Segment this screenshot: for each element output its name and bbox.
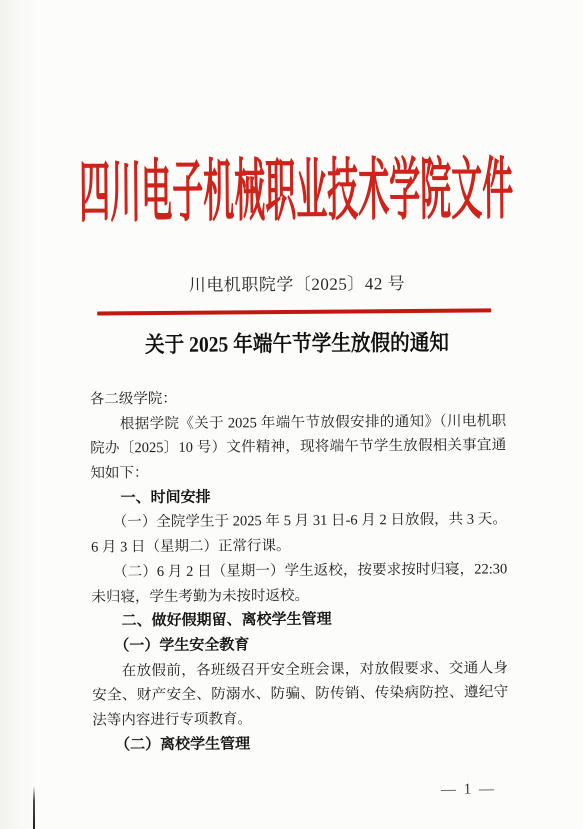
intro-line: 根据学院《关于 2025 年端午节放假安排的通知》（川电机职 (90, 409, 506, 437)
document-content: 四川电子机械职业技术学院文件 川电机职院学〔2025〕42 号 关于 2025 … (87, 0, 509, 829)
document-number-row: 川电机职院学〔2025〕42 号 (89, 274, 505, 296)
intro-line: 院办〔2025〕10 号）文件精神，现将端午节学生放假相关事宜通 (90, 434, 506, 462)
notice-title: 关于 2025 年端午节学生放假的通知 (145, 330, 449, 358)
notice-body: 各二级学院： 根据学院《关于 2025 年端午节放假安排的通知》（川电机职 院办… (90, 384, 509, 758)
page-number: — 1 — (441, 779, 496, 799)
scanned-document-page: 四川电子机械职业技术学院文件 川电机职院学〔2025〕42 号 关于 2025 … (0, 0, 583, 829)
red-divider-line (97, 308, 491, 315)
safety-education-line: 在放假前，各班级召开安全班会课，对放假要求、交通人身 (92, 656, 508, 684)
schedule-item-2-line: 未归寝，学生考勤为未按时返校。 (91, 582, 507, 610)
section-1-heading: 一、时间安排 (91, 483, 507, 511)
schedule-item-1-line: 6 月 3 日（星期二）正常行课。 (91, 532, 507, 560)
section-2-heading: 二、做好假期留、离校学生管理 (92, 606, 508, 634)
schedule-item-2-line: （二）6 月 2 日（星期一）学生返校，按要求按时归寝，22:30 (91, 557, 507, 585)
safety-education-line: 法等内容进行专项教育。 (92, 705, 508, 733)
document-content-tilt: 四川电子机械职业技术学院文件 川电机职院学〔2025〕42 号 关于 2025 … (0, 0, 583, 829)
subsection-1-heading: （一）学生安全教育 (92, 631, 508, 659)
intro-line: 知如下： (90, 458, 506, 486)
safety-education-line: 安全、财产安全、防溺水、防骗、防传销、传染病防控、遵纪守 (92, 681, 508, 709)
schedule-item-1-line: （一）全院学生于 2025 年 5 月 31 日-6 月 2 日放假，共 3 天… (91, 508, 507, 536)
document-number: 川电机职院学〔2025〕42 号 (189, 274, 405, 295)
masthead-title: 四川电子机械职业技术学院文件 (79, 155, 514, 226)
subsection-2-heading: （二）离校学生管理 (92, 730, 508, 758)
salutation: 各二级学院： (90, 384, 506, 412)
masthead-row: 四川电子机械职业技术学院文件 (88, 155, 505, 226)
notice-title-row: 关于 2025 年端午节学生放假的通知 (89, 329, 505, 358)
